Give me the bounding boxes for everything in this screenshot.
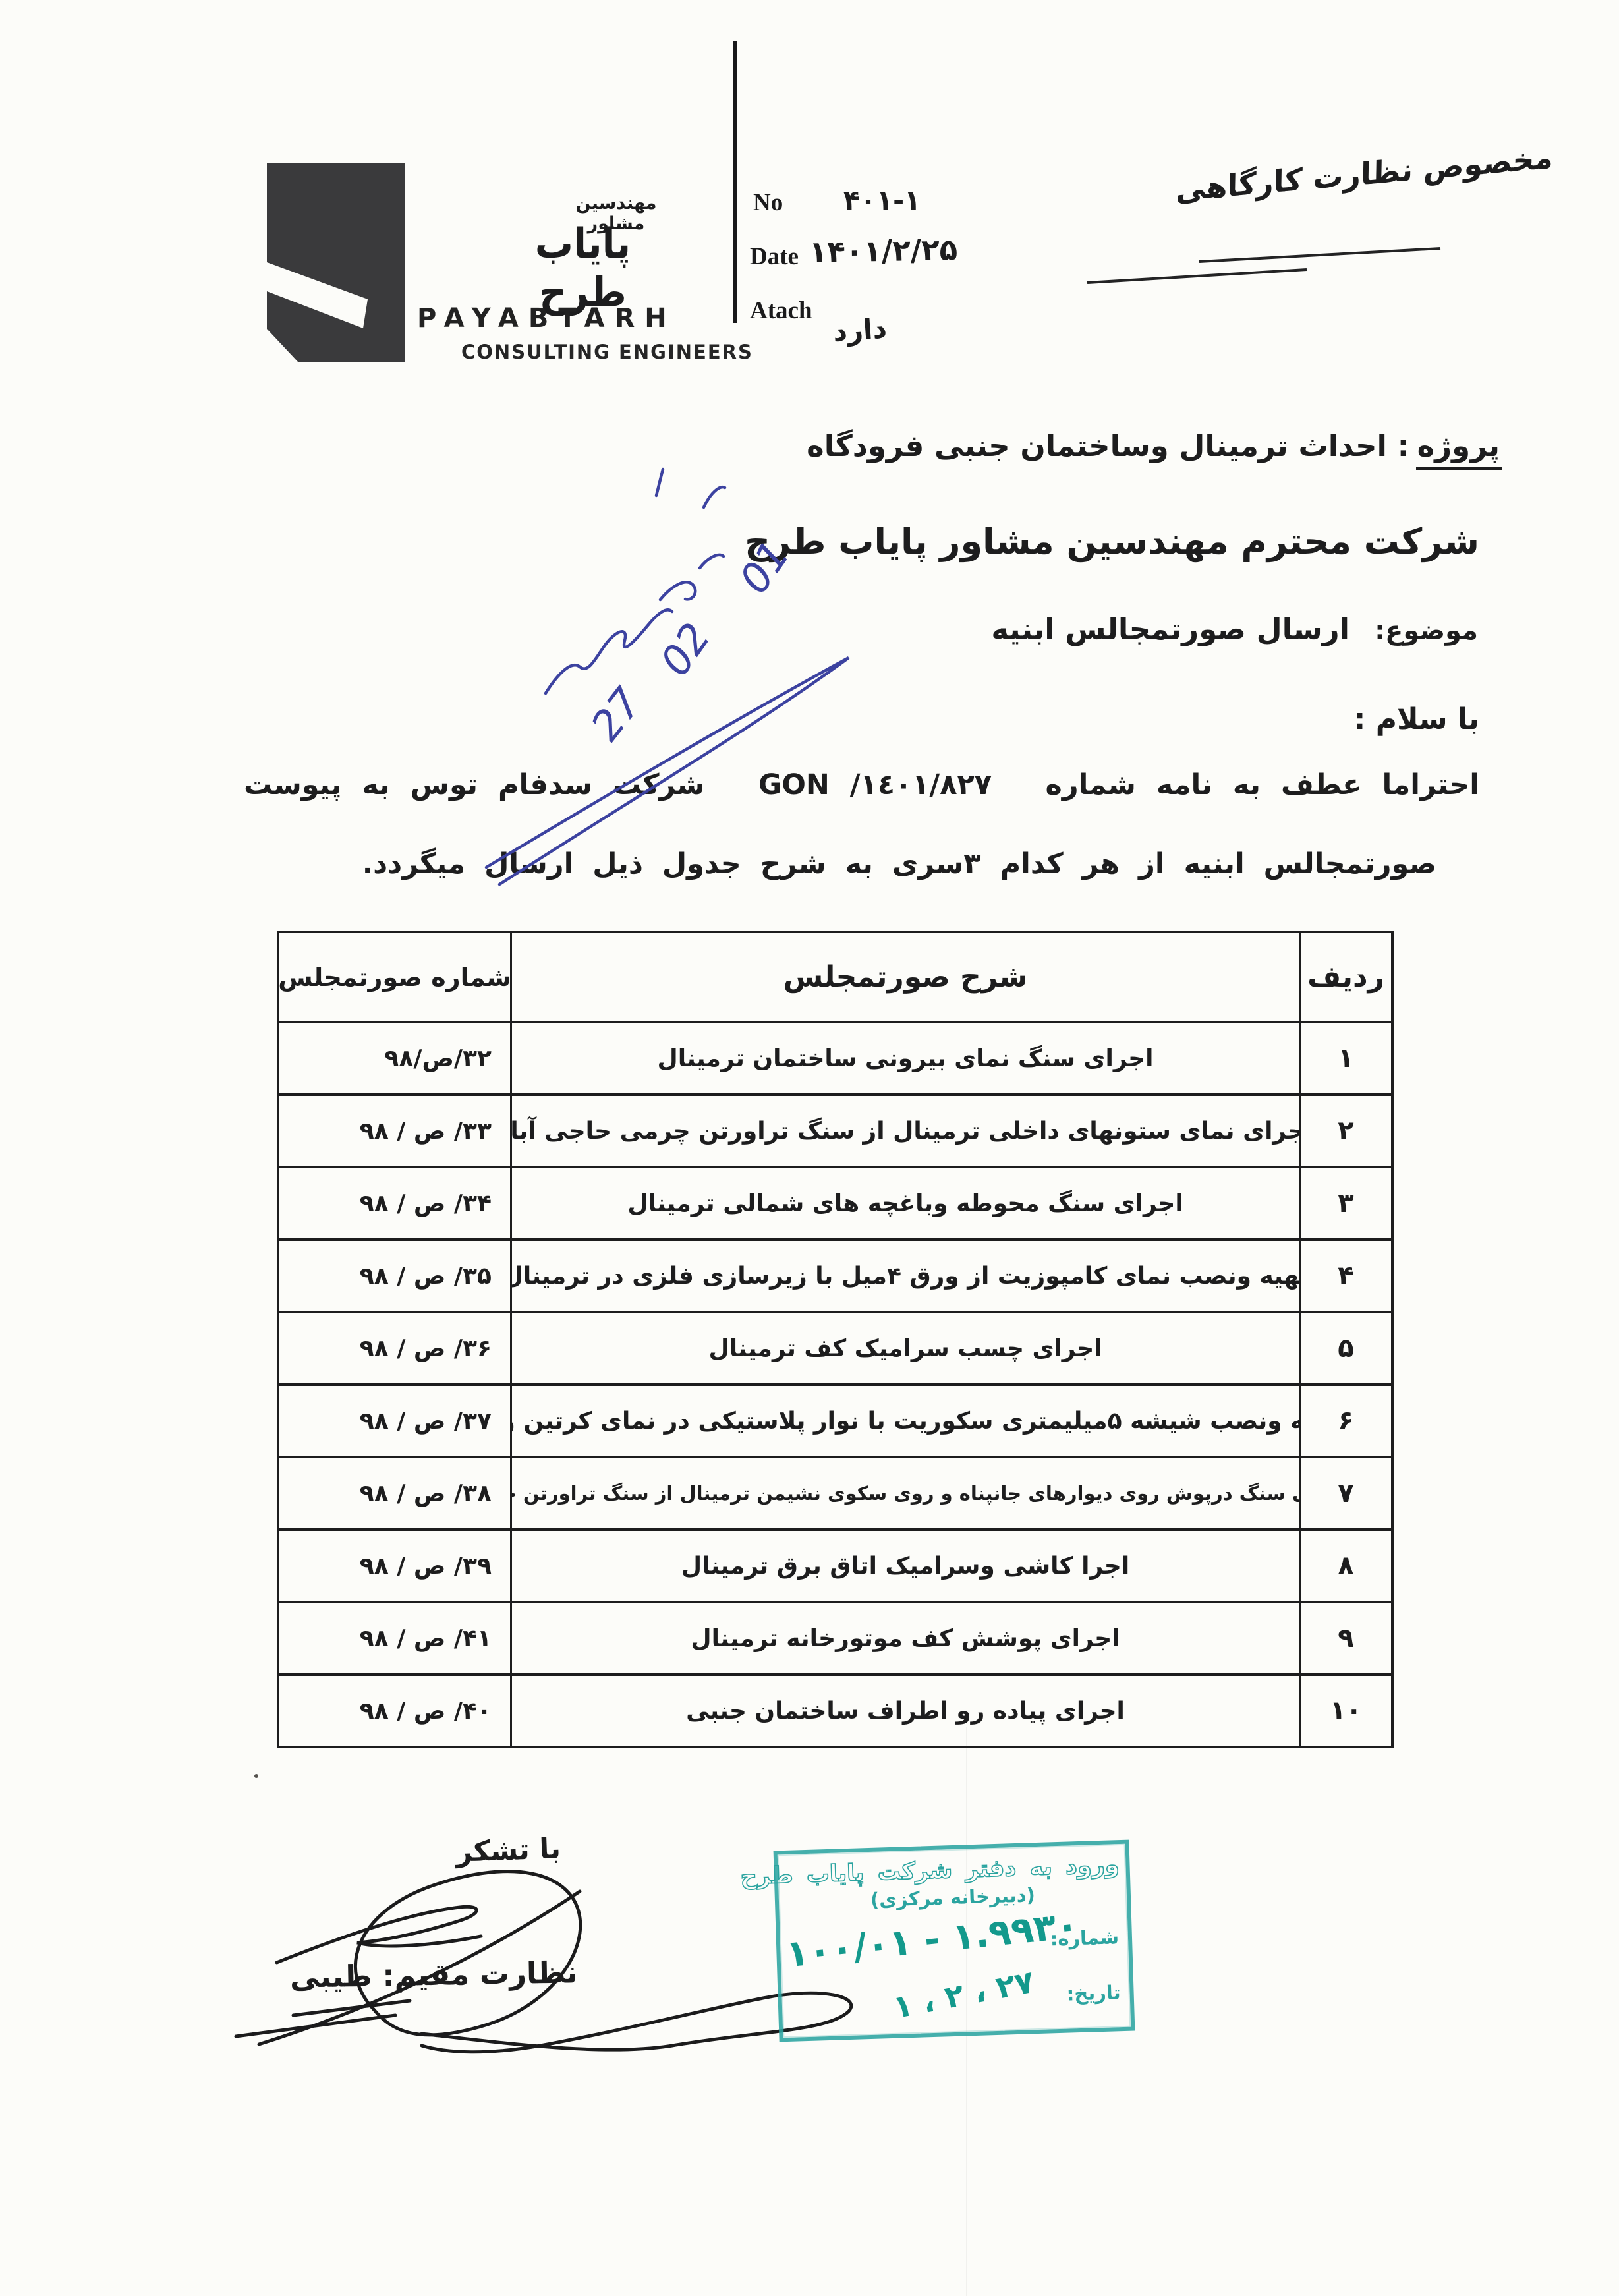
date-value: ۱۴۰۱/۲/۲۵ bbox=[809, 232, 958, 270]
blue-pen-annotation: 01 02 27 bbox=[461, 395, 962, 949]
subject-label: موضوع: bbox=[1375, 616, 1478, 646]
subject-value: ارسال صورتمجالس ابنیه bbox=[991, 612, 1349, 646]
table-row-number: ۳۴/ ص / ۹۸ bbox=[279, 1166, 510, 1238]
table-row-desc: اجرای سنگ محوطه وباغچه های شمالی ترمینال bbox=[510, 1166, 1301, 1238]
table-row-number: ۳۹/ ص / ۹۸ bbox=[279, 1528, 510, 1601]
table-row-index: ۱۰ bbox=[1301, 1673, 1391, 1746]
table-row-desc: اجرای پیاده رو اطراف ساختمان جنبی bbox=[510, 1673, 1301, 1746]
body-line-1-start: احتراما عطف به نامه شماره bbox=[1045, 768, 1479, 801]
table-row-number: ۳۲/ص/۹۸ bbox=[279, 1021, 510, 1093]
table-row-desc: اجرا کاشی وسرامیک اتاق برق ترمینال bbox=[510, 1528, 1301, 1601]
col-header-desc: شرح صورتمجلس bbox=[510, 933, 1301, 1021]
scanned-letter-page: مهندسین مشاور پایاب طرح PAYABTARH CONSUL… bbox=[0, 0, 1619, 2296]
handwritten-scribble bbox=[656, 469, 663, 496]
table-row-desc: اجرای پوشش کف موتورخانه ترمینال bbox=[510, 1601, 1301, 1673]
table-row-number: ۳۶/ ص / ۹۸ bbox=[279, 1311, 510, 1383]
attach-label: Atach bbox=[750, 297, 812, 325]
table-row-number: ۴۰/ ص / ۹۸ bbox=[279, 1673, 510, 1746]
table-row-index: ۶ bbox=[1301, 1383, 1391, 1456]
table-row-number: ۴۱/ ص / ۹۸ bbox=[279, 1601, 510, 1673]
corner-note-underline bbox=[1079, 241, 1462, 293]
header-divider-bar bbox=[733, 41, 737, 323]
table-row-index: ۱ bbox=[1301, 1021, 1391, 1093]
table-row-desc: اجرای چسب سرامیک کف ترمینال bbox=[510, 1311, 1301, 1383]
table-row-index: ۷ bbox=[1301, 1456, 1391, 1528]
minutes-table: ردیف شرح صورتمجلس شماره صورتمجلس ۱ اجرای… bbox=[277, 931, 1394, 1748]
table-row-number: ۳۷/ ص / ۹۸ bbox=[279, 1383, 510, 1456]
table-row-index: ۴ bbox=[1301, 1238, 1391, 1311]
logo-en-subtitle: CONSULTING ENGINEERS bbox=[461, 341, 753, 363]
table-row-index: ۲ bbox=[1301, 1093, 1391, 1166]
table-row-number: ۳۸/ ص / ۹۸ bbox=[279, 1456, 510, 1528]
attach-value-handwritten: دارد bbox=[832, 312, 888, 348]
annotation-digit: 01 bbox=[729, 532, 799, 602]
stamp-number-handwritten: ۱۰۰/۰۱ - ۱.۹۹۳۰ bbox=[784, 1904, 1081, 1976]
handwritten-scribble bbox=[660, 582, 695, 600]
stray-ink-dot bbox=[254, 1774, 258, 1778]
table-row-index: ۳ bbox=[1301, 1166, 1391, 1238]
annotation-digit: 27 bbox=[581, 679, 651, 749]
col-header-number: شماره صورتمجلس bbox=[279, 933, 510, 1021]
secretariat-entry-stamp: ورود به دفتر شرکت پایاب طرح (دبیرخانه مر… bbox=[774, 1840, 1135, 2042]
table-row-desc: اجرای سنگ درپوش روی دیوارهای جانپناه و ر… bbox=[510, 1456, 1301, 1528]
col-header-row: ردیف bbox=[1301, 933, 1391, 1021]
no-value: ۴۰۱-۱ bbox=[843, 185, 921, 216]
subject-line: موضوع: ارسال صورتمجالس ابنیه bbox=[991, 612, 1478, 646]
handwritten-scribble bbox=[704, 487, 725, 507]
handwritten-swoosh bbox=[486, 658, 849, 884]
salutation: با سلام : bbox=[1354, 703, 1479, 736]
no-label: No bbox=[753, 188, 783, 217]
stamp-date-handwritten: ۱ ، ۲ ، ۲۷ bbox=[890, 1964, 1037, 2026]
site-supervision-note: مخصوص نظارت کارگاهی bbox=[1185, 139, 1554, 207]
table-row-desc: اجرای نمای ستونهای داخلی ترمینال از سنگ … bbox=[510, 1093, 1301, 1166]
table-row-number: ۳۳/ ص / ۹۸ bbox=[279, 1093, 510, 1166]
handwritten-scribble bbox=[700, 555, 724, 568]
table-row-index: ۸ bbox=[1301, 1528, 1391, 1601]
table-row-desc: اجرای سنگ نمای بیرونی ساختمان ترمینال bbox=[510, 1021, 1301, 1093]
table-row-index: ۵ bbox=[1301, 1311, 1391, 1383]
table-row-number: ۳۵/ ص / ۹۸ bbox=[279, 1238, 510, 1311]
logo-en-name: PAYABTARH bbox=[417, 303, 677, 333]
payabtarh-logo bbox=[267, 163, 405, 362]
table-row-index: ۹ bbox=[1301, 1601, 1391, 1673]
annotation-digit: 02 bbox=[650, 614, 720, 685]
table-row-desc: تهیه ونصب نمای کامپوزیت از ورق ۴میل با ز… bbox=[510, 1238, 1301, 1311]
table-row-desc: تهیه ونصب شیشه ۵میلیمتری سکوریت با نوار … bbox=[510, 1383, 1301, 1456]
stamp-date-label: تاریخ: bbox=[1066, 1981, 1121, 2005]
handwritten-scribble bbox=[546, 610, 672, 693]
project-label: پروژه bbox=[1416, 428, 1502, 470]
date-label: Date bbox=[750, 243, 799, 271]
logo-fa-large-text: پایاب طرح bbox=[502, 219, 664, 316]
